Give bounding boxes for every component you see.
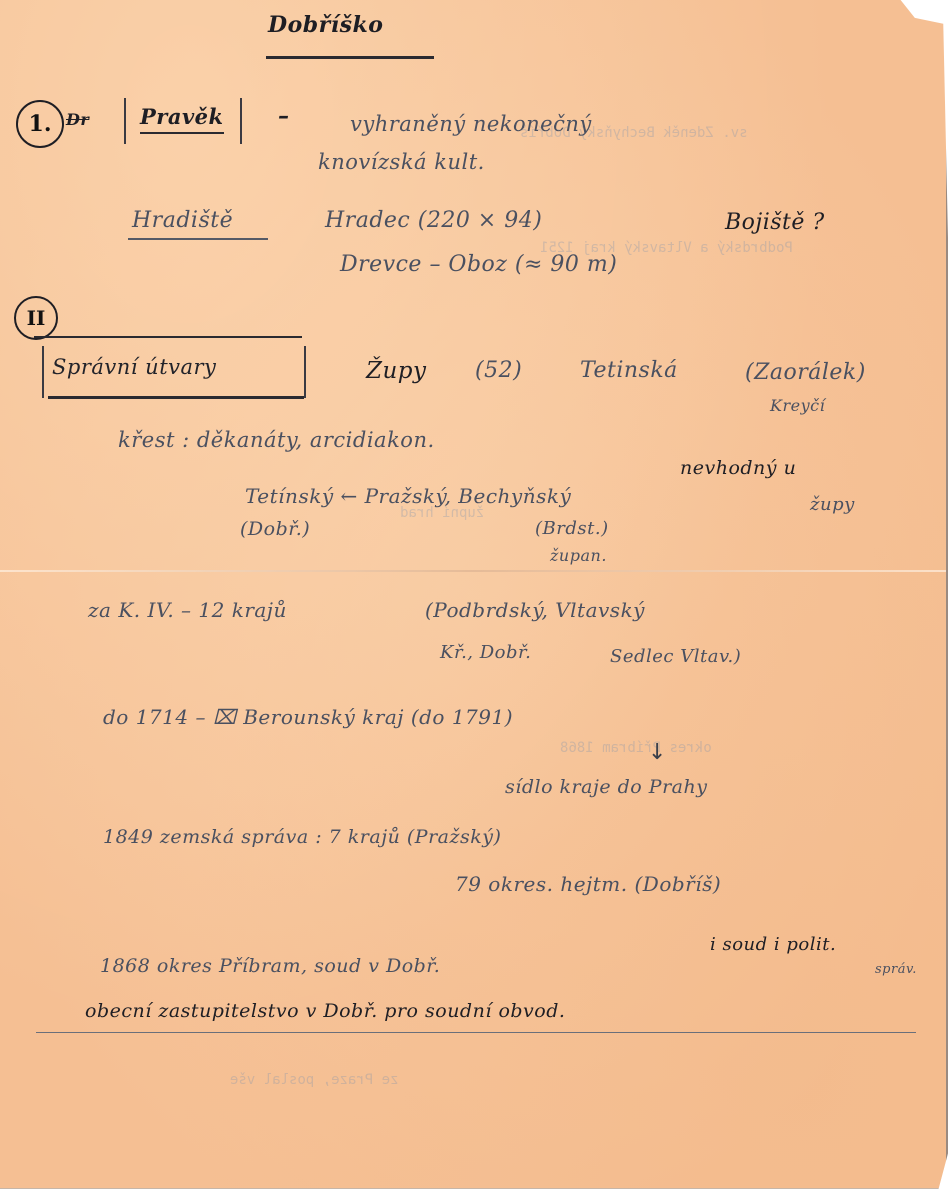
section-2-heading: Správní útvary (52, 355, 216, 379)
paren-dobr: (Dobř.) (240, 518, 310, 540)
section-1-text-line2: knovízská kult. (318, 150, 485, 174)
line-1849: 1849 zemská správa : 7 krajů (Pražský) (103, 826, 501, 848)
krest-line: křest : děkanáty, arcidiakon. (118, 428, 435, 452)
hradiste-underline (128, 238, 268, 240)
side-note-1: nevhodný u (680, 457, 796, 479)
section-1-text-line1: vyhraněný nekonečný (350, 112, 592, 136)
kiv-paren-1: (Podbrdský, Vltavský (425, 598, 645, 622)
kiv-line: za K. IV. – 12 krajů (88, 598, 287, 622)
tetinsky-line: Tetínský ← Pražský, Bechyňský (245, 484, 571, 508)
zupy-sub: Kreyčí (770, 396, 825, 415)
bleed-through-text: ze Praze, poslal vše (230, 1072, 399, 1088)
hradiste-1: Hradec (220 × 94) (325, 208, 542, 233)
side-1868-2: správ. (875, 962, 917, 977)
title-underline (266, 56, 434, 59)
heading-box-top (34, 336, 302, 338)
paren-brdst: (Brdst.) (535, 518, 609, 539)
zupy-label: Župy (366, 358, 427, 384)
paper-fold-line (0, 570, 946, 572)
bleed-through-text: okres Příbram 1868 (560, 740, 712, 756)
page-title: Dobříško (268, 12, 383, 38)
struck-text: Dr (66, 110, 89, 129)
side-note-2: župy (810, 494, 855, 515)
kiv-paren-3: Sedlec Vltav.) (610, 646, 741, 667)
side-1868-1: i soud i polit. (710, 934, 836, 955)
zupy-paren: (Zaorálek) (745, 360, 866, 385)
arrow-note: sídlo kraje do Prahy (505, 776, 707, 798)
heading-box-bottom (48, 396, 304, 399)
hradiste-2: Drevce – Oboz (≈ 90 m) (340, 252, 617, 277)
zupy-count: (52) (475, 358, 522, 383)
zupan: župan. (550, 546, 607, 565)
hradiste-label: Hradiště (132, 208, 233, 233)
line-79: 79 okres. hejtm. (Dobříš) (455, 872, 721, 896)
kiv-paren-2: Kř., Dobř. (440, 642, 531, 663)
line-1868: 1868 okres Příbram, soud v Dobř. (100, 955, 440, 977)
dash: – (278, 103, 290, 129)
zupy-name: Tetinská (580, 358, 678, 383)
section-2-number: II (14, 296, 58, 340)
down-arrow-icon: ↓ (648, 740, 666, 765)
section-1-heading: Pravěk (140, 104, 224, 129)
line-1714: do 1714 – ⌧ Berounský kraj (do 1791) (103, 705, 513, 729)
section-1-number: 1. (16, 100, 64, 148)
closing-rule (36, 1032, 916, 1033)
line-obecni: obecní zastupitelstvo v Dobř. pro soudní… (85, 1000, 565, 1022)
bojiste-note: Bojiště ? (725, 210, 825, 235)
